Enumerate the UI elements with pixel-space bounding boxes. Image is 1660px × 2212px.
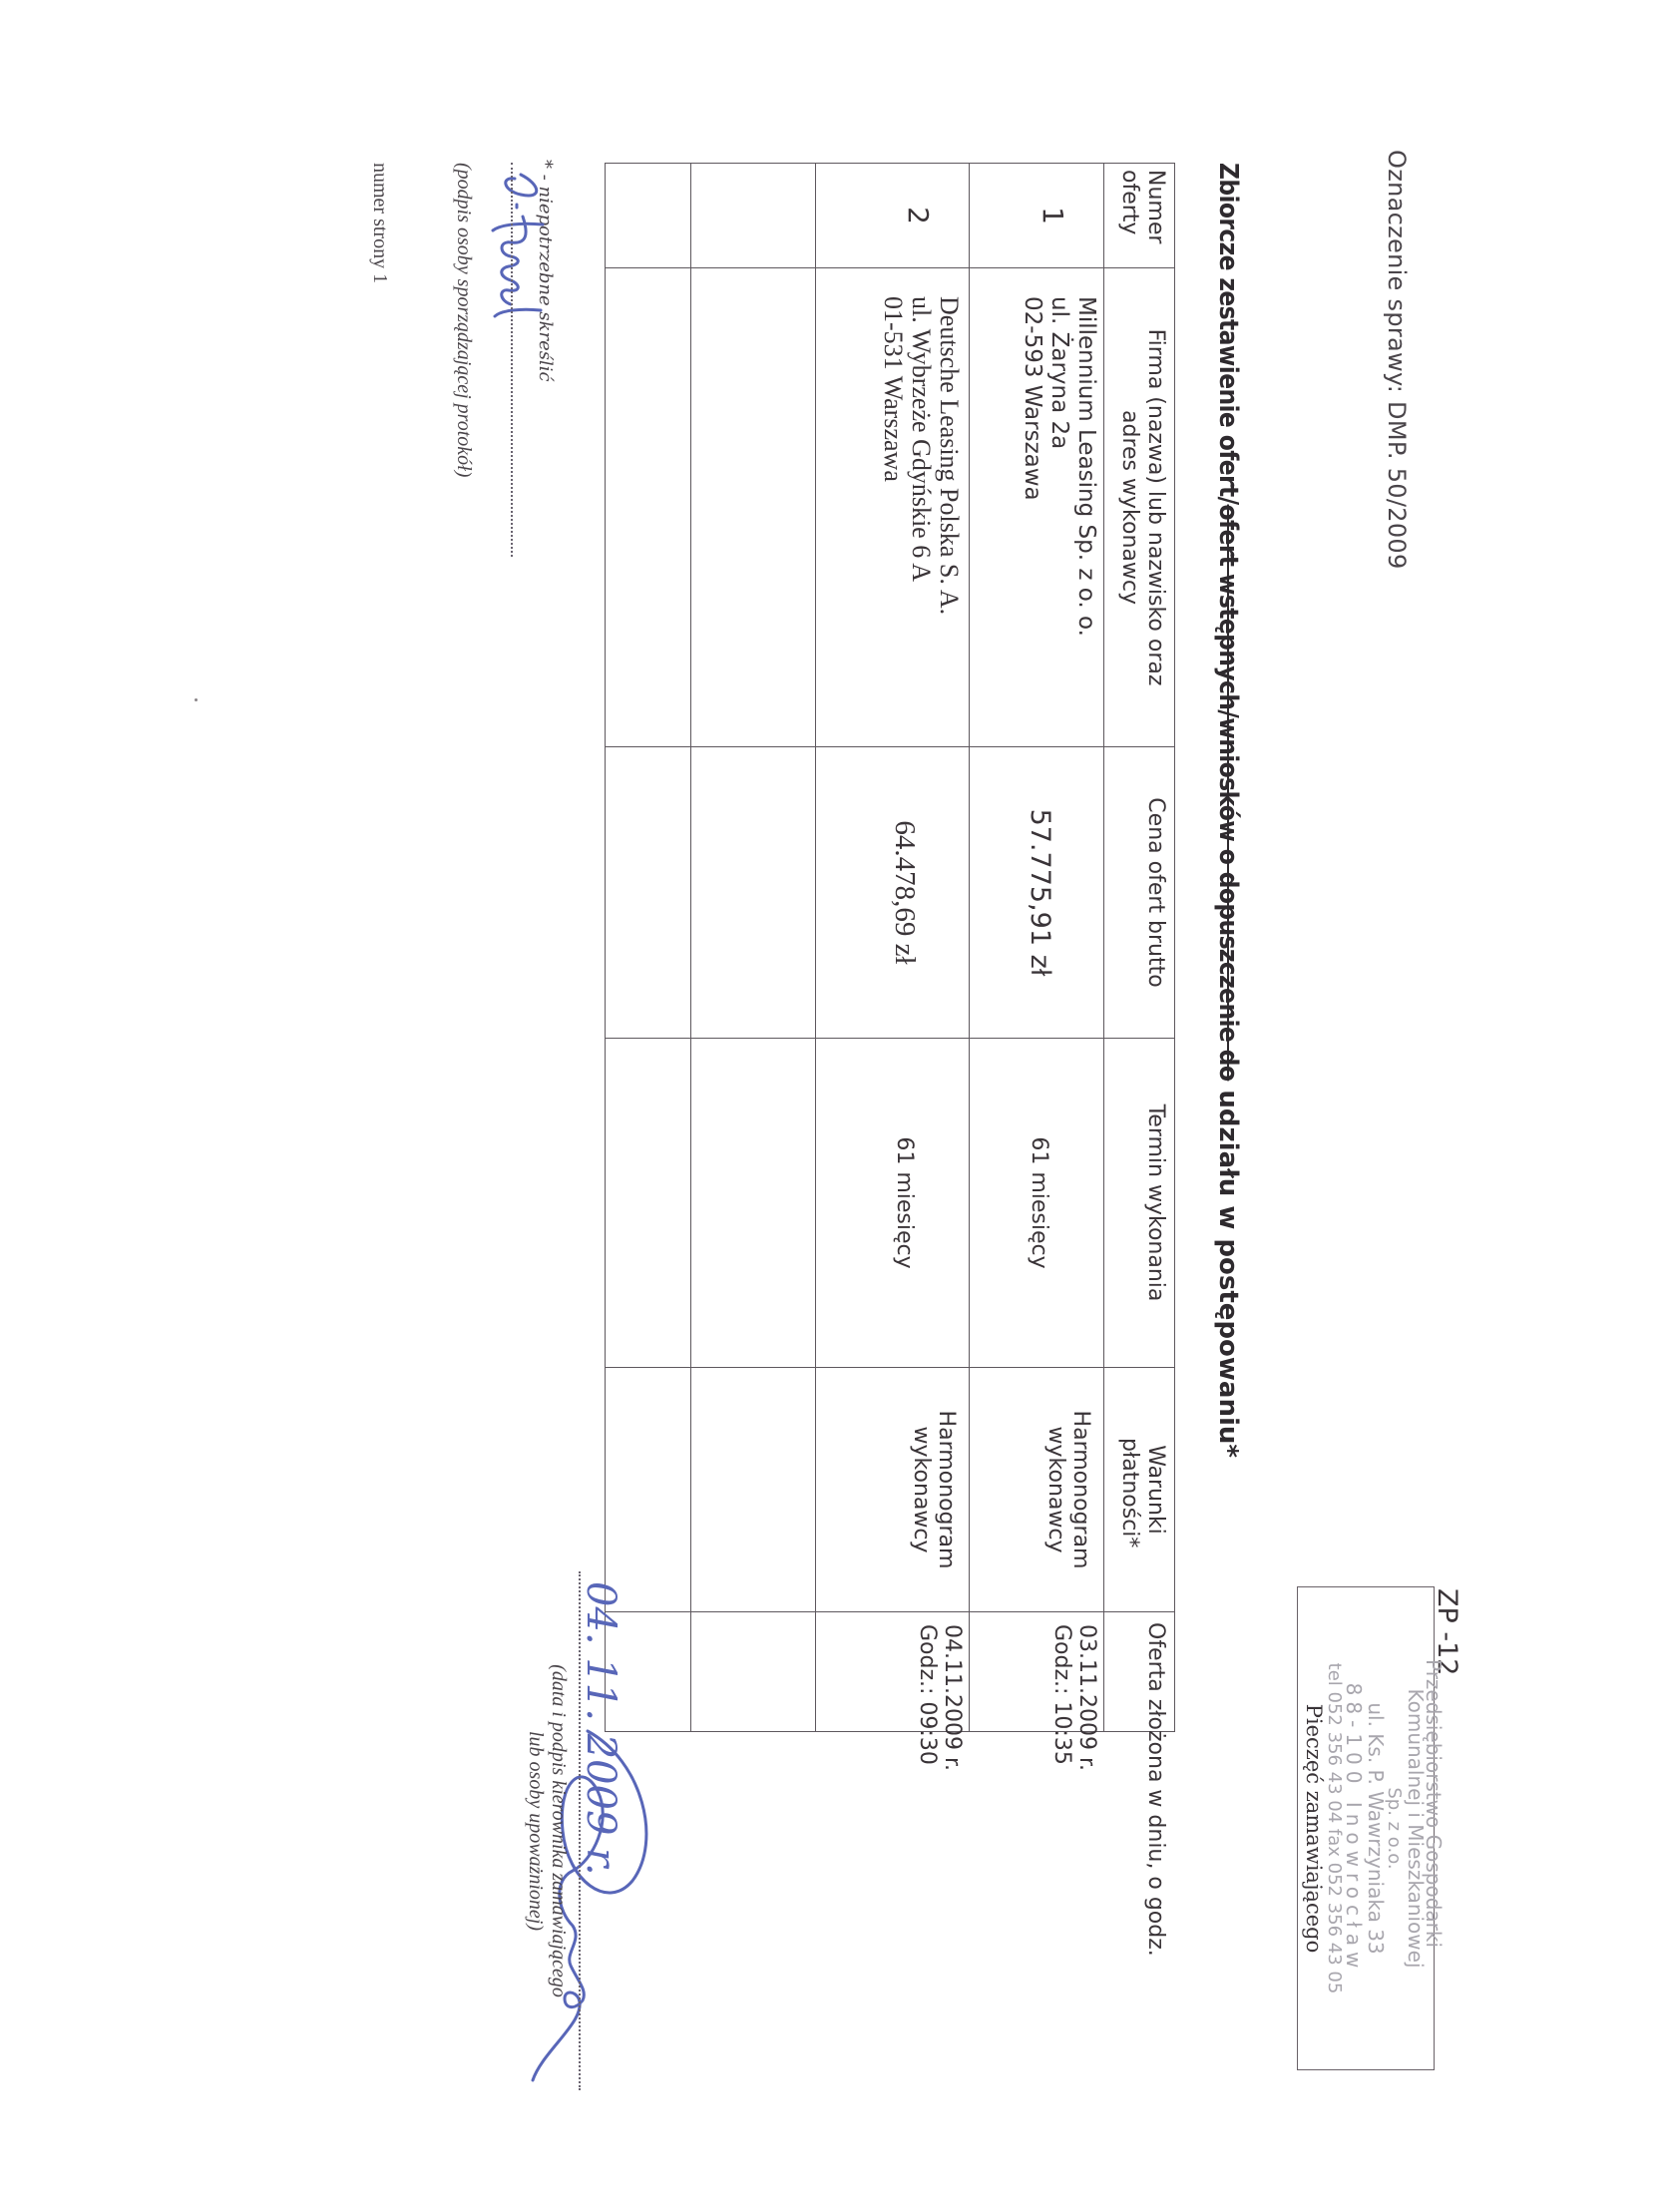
offer-number: 1 bbox=[970, 164, 1104, 268]
submitted-cell: 03.11.2009 r. Godz.: 10:35 bbox=[970, 1612, 1104, 1732]
table-row-empty bbox=[691, 164, 816, 1732]
stamp-city: 88-100 Inowrocław bbox=[1344, 1587, 1364, 2069]
submitted-date: 04.11.2009 r. bbox=[940, 1624, 965, 1731]
empty-cell bbox=[606, 1368, 691, 1612]
firm-street: ul. Wybrzeże Gdyńskie 6 A bbox=[907, 296, 935, 746]
offers-table: Numer oferty Firma (nazwa) lub nazwisko … bbox=[605, 163, 1175, 1732]
payment-terms: Harmonogram wykonawcy bbox=[970, 1368, 1104, 1612]
submitted-time: Godz.: 10:35 bbox=[1049, 1624, 1074, 1731]
offer-term: 61 miesięcy bbox=[816, 1039, 970, 1368]
offer-price: 57.775,91 zł bbox=[970, 747, 1104, 1039]
title-tail: udziału w postępowaniu* bbox=[1213, 1081, 1243, 1458]
empty-cell bbox=[691, 1612, 816, 1732]
table-row-empty bbox=[606, 164, 691, 1732]
signature-caption-right: (data i podpis kierownika zamawiającego … bbox=[524, 1571, 570, 2090]
caption-right-line1: (data i podpis kierownika zamawiającego bbox=[547, 1571, 570, 2090]
signature-line-left bbox=[511, 163, 513, 557]
table-header-row: Numer oferty Firma (nazwa) lub nazwisko … bbox=[1104, 164, 1175, 1732]
stamp-company-line2: Komunalnej i Mieszkaniowej bbox=[1406, 1587, 1426, 2069]
signature-caption-left: (podpis osoby sporządzającej protokół) bbox=[452, 163, 475, 477]
header-submitted: Oferta złożona w dniu, o godz. bbox=[1104, 1612, 1175, 1732]
payment-line1: Harmonogram bbox=[934, 1368, 959, 1611]
firm-cell: Millennium Leasing Sp. z o. o. ul. Żaryn… bbox=[970, 268, 1104, 747]
offer-price: 64.478,69 zł bbox=[816, 747, 970, 1039]
stamp-caption: Pieczęć zamawiającego bbox=[1304, 1587, 1324, 2069]
header-payment: Warunki płatności* bbox=[1104, 1368, 1175, 1612]
empty-cell bbox=[606, 1039, 691, 1368]
header-term: Termin wykonania bbox=[1104, 1039, 1175, 1368]
empty-cell bbox=[606, 268, 691, 747]
case-reference: Oznaczenie sprawy: DMP. 50/2009 bbox=[1383, 150, 1411, 570]
table-row: 2 Deutsche Leasing Polska S. A. ul. Wybr… bbox=[816, 164, 970, 1732]
signature-left bbox=[481, 165, 551, 334]
firm-street: ul. Żaryna 2a bbox=[1045, 296, 1072, 746]
empty-cell bbox=[606, 747, 691, 1039]
page-number: numer strony 1 bbox=[368, 163, 391, 283]
title-lead: Zbiorcze zestawienie ofert/ bbox=[1213, 163, 1243, 505]
orderer-stamp-box: Przedsiębiorstwo Gospodarki Komunalnej i… bbox=[1297, 1586, 1435, 2070]
document-title: Zbiorcze zestawienie ofert/ofert wstępny… bbox=[1213, 163, 1243, 1458]
header-firm: Firma (nazwa) lub nazwisko oraz adres wy… bbox=[1104, 268, 1175, 747]
payment-line2: wykonawcy bbox=[909, 1368, 934, 1611]
empty-cell bbox=[691, 747, 816, 1039]
firm-name: Millennium Leasing Sp. z o. o. bbox=[1072, 296, 1099, 746]
header-offer-number: Numer oferty bbox=[1104, 164, 1175, 268]
stamp-phone: tel 052 356 43 04 fax 052 356 43 05 bbox=[1324, 1587, 1344, 2069]
document-page: Oznaczenie sprawy: DMP. 50/2009 ZP -12 P… bbox=[0, 0, 1660, 2212]
payment-line2: wykonawcy bbox=[1043, 1368, 1068, 1611]
signature-right: 04. 11. 2009 r. bbox=[483, 1581, 682, 2120]
offer-term: 61 miesięcy bbox=[970, 1039, 1104, 1368]
title-struck-text: ofert wstępnych/wniosków o dopuszczenie … bbox=[1213, 505, 1243, 1082]
empty-cell bbox=[691, 164, 816, 268]
empty-cell bbox=[606, 164, 691, 268]
firm-name: Deutsche Leasing Polska S. A. bbox=[935, 296, 963, 746]
empty-cell bbox=[691, 1368, 816, 1612]
offer-number: 2 bbox=[816, 164, 970, 268]
submitted-cell: 04.11.2009 r. Godz.: 09:30 bbox=[816, 1612, 970, 1732]
header-price: Cena ofert brutto bbox=[1104, 747, 1175, 1039]
payment-line1: Harmonogram bbox=[1068, 1368, 1093, 1611]
signature-line-right bbox=[579, 1571, 581, 2090]
firm-cell: Deutsche Leasing Polska S. A. ul. Wybrze… bbox=[816, 268, 970, 747]
firm-city: 02-593 Warszawa bbox=[1019, 296, 1045, 746]
empty-cell bbox=[691, 1039, 816, 1368]
caption-right-line2: lub osoby upoważnionej) bbox=[524, 1571, 547, 2090]
scan-speck bbox=[195, 698, 198, 701]
stamp-street: ul. Ks. P. Wawrzyniaka 33 bbox=[1366, 1587, 1386, 2069]
firm-city: 01-531 Warszawa bbox=[879, 296, 907, 746]
table-row: 1 Millennium Leasing Sp. z o. o. ul. Żar… bbox=[970, 164, 1104, 1732]
submitted-date: 03.11.2009 r. bbox=[1074, 1624, 1099, 1731]
empty-cell bbox=[691, 268, 816, 747]
payment-terms: Harmonogram wykonawcy bbox=[816, 1368, 970, 1612]
submitted-time: Godz.: 09:30 bbox=[915, 1624, 940, 1731]
